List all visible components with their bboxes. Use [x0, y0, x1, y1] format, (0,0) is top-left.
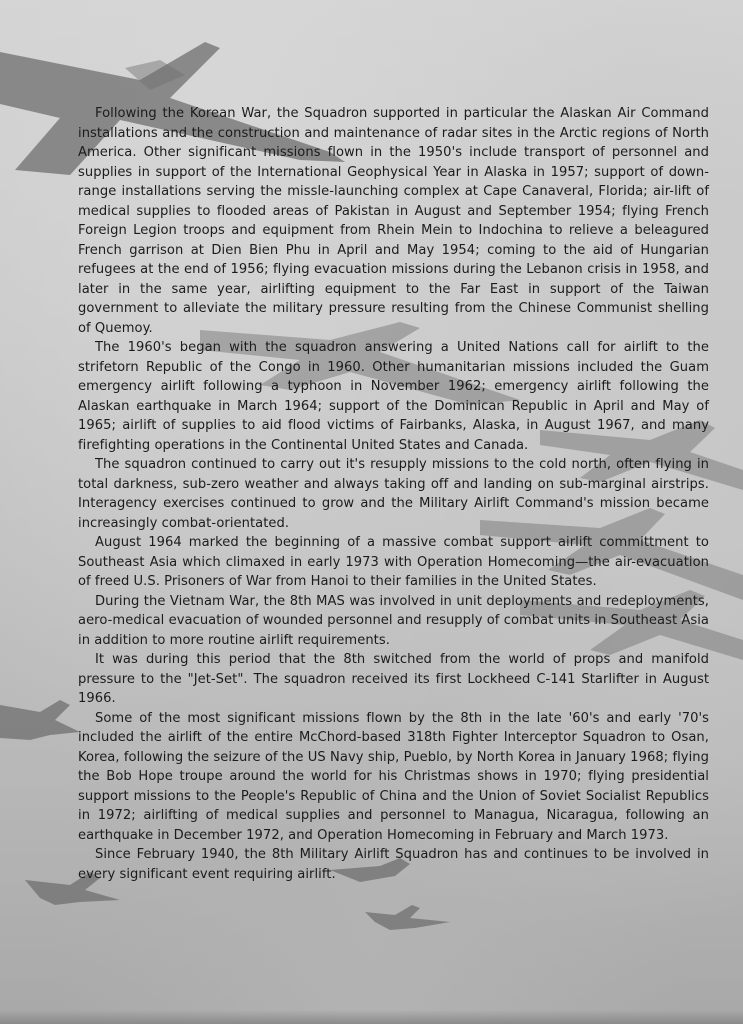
- paragraph-1960s: The 1960's began with the squadron answe…: [78, 338, 709, 455]
- page-bottom-edge: [0, 1010, 743, 1024]
- plane-icon: [0, 700, 80, 740]
- paragraph-jet-set: It was during this period that the 8th s…: [78, 650, 709, 709]
- paragraph-southeast-asia-airlift: August 1964 marked the beginning of a ma…: [78, 533, 709, 592]
- paragraph-conclusion: Since February 1940, the 8th Military Ai…: [78, 845, 709, 884]
- paragraph-korean-war-era: Following the Korean War, the Squadron s…: [78, 104, 709, 338]
- paragraph-cold-north-resupply: The squadron continued to carry out it's…: [78, 455, 709, 533]
- paragraph-vietnam-war: During the Vietnam War, the 8th MAS was …: [78, 592, 709, 651]
- plane-icon: [365, 905, 450, 930]
- paragraph-significant-missions: Some of the most significant missions fl…: [78, 709, 709, 846]
- history-article: Following the Korean War, the Squadron s…: [78, 104, 709, 884]
